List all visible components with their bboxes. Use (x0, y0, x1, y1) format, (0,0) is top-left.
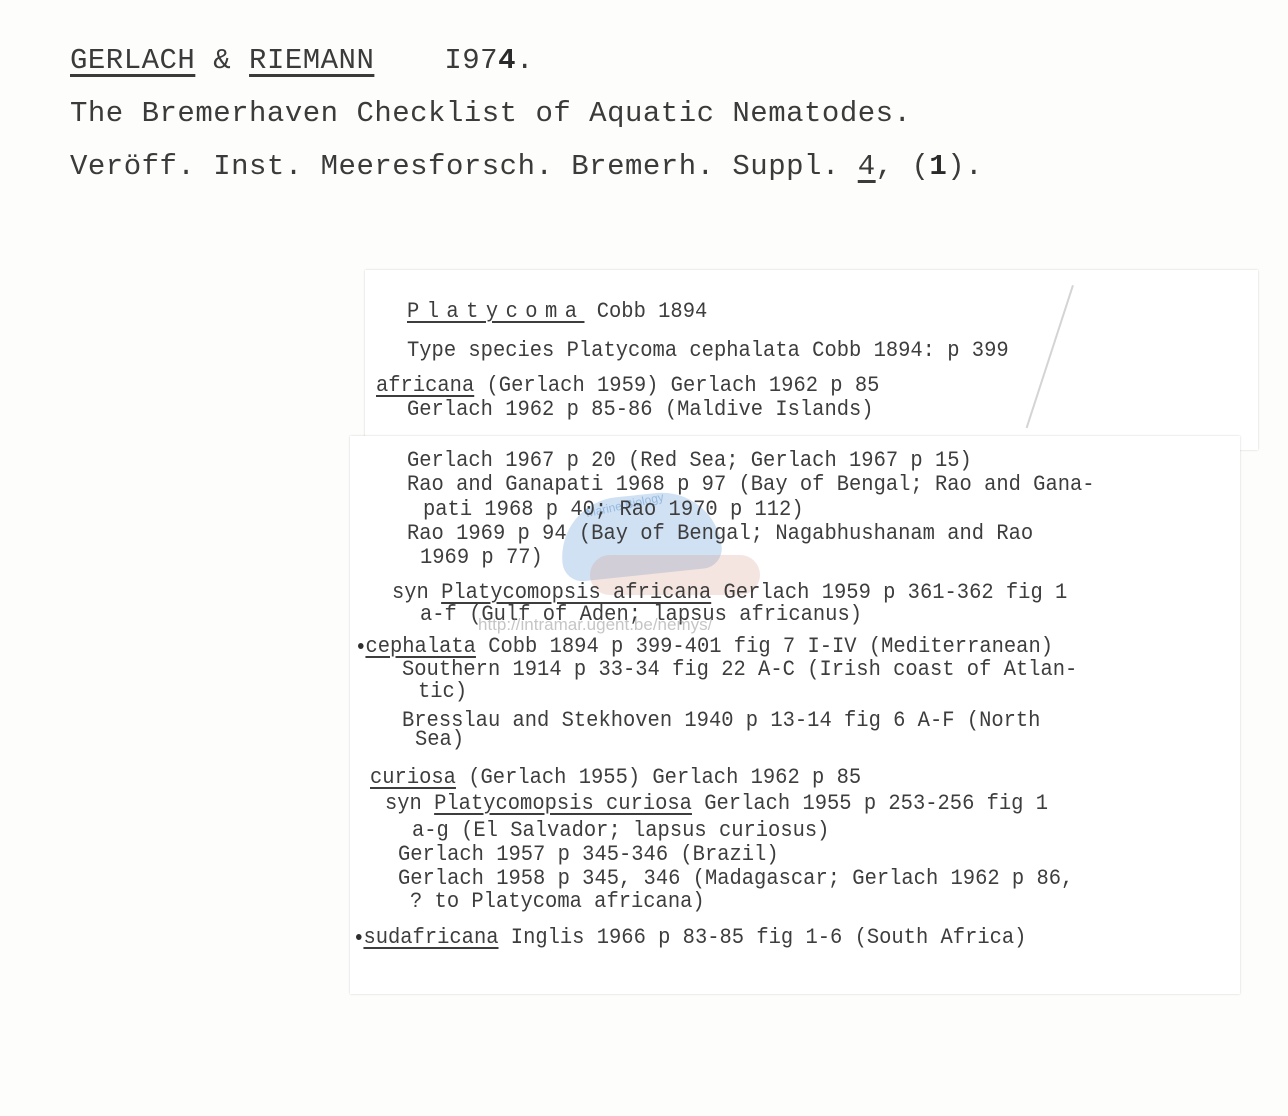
issue-handwritten-correction: 1 (929, 150, 947, 183)
reference-line: Sea) (415, 727, 464, 752)
citation-title: The Bremerhaven Checklist of Aquatic Nem… (70, 97, 911, 130)
citation-authors-line: GERLACH & RIEMANNI974. (70, 44, 534, 77)
reference-line: a-g (El Salvador; lapsus curiosus) (412, 818, 829, 843)
reference-line: Gerlach 1958 p 345, 346 (Madagascar; Ger… (398, 866, 1073, 891)
synonym-name: Platycomopsis curiosa (434, 791, 692, 816)
reference-line: Gerlach 1962 p 85-86 (Maldive Islands) (407, 397, 874, 422)
species-name: africana (376, 373, 474, 398)
supplement-number: 4 (858, 150, 876, 183)
reference-line: Southern 1914 p 33-34 fig 22 A-C (Irish … (402, 657, 1077, 682)
reference-line: Gerlach 1967 p 20 (Red Sea; Gerlach 1967… (407, 448, 972, 473)
year: I974. (444, 44, 534, 77)
species-cephalata: cephalata Cobb 1894 p 399-401 fig 7 I-IV… (358, 634, 1053, 659)
type-species: Type species Platycoma cephalata Cobb 18… (407, 338, 1009, 363)
reference-line: pati 1968 p 40; Rao 1970 p 112) (423, 497, 804, 522)
marker-dot-icon (358, 643, 364, 649)
reference-line: Bresslau and Stekhoven 1940 p 13-14 fig … (402, 708, 1040, 733)
genus-name: Platycoma (407, 299, 584, 324)
reference-line: ? to Platycoma africana) (410, 889, 705, 914)
genus-heading: Platycoma Cobb 1894 (407, 299, 707, 324)
species-africana: africana (Gerlach 1959) Gerlach 1962 p 8… (376, 373, 879, 398)
marker-dot-icon (356, 934, 362, 940)
reference-line: Rao 1969 p 94 (Bay of Bengal; Nagabhusha… (407, 521, 1033, 546)
ampersand: & (213, 44, 231, 77)
species-sudafricana: sudafricana Inglis 1966 p 83-85 fig 1-6 … (356, 925, 1026, 950)
species-name: sudafricana (363, 925, 498, 950)
year-handwritten-correction: 4 (498, 44, 516, 77)
author-1: GERLACH (70, 44, 195, 77)
synonym-line: syn Platycomopsis curiosa Gerlach 1955 p… (385, 791, 1048, 816)
genus-author: Cobb 1894 (597, 299, 708, 324)
reference-line: Gerlach 1957 p 345-346 (Brazil) (398, 842, 779, 867)
species-name: curiosa (370, 765, 456, 790)
reference-line: tic) (418, 679, 467, 704)
reference-line: 1969 p 77) (420, 545, 543, 570)
species-curiosa: curiosa (Gerlach 1955) Gerlach 1962 p 85 (370, 765, 861, 790)
species-name: cephalata (365, 634, 476, 659)
author-2: RIEMANN (249, 44, 374, 77)
citation-journal: Veröff. Inst. Meeresforsch. Bremerh. Sup… (70, 150, 983, 183)
reference-line: Rao and Ganapati 1968 p 97 (Bay of Benga… (407, 472, 1095, 497)
watermark-url: http://intramar.ugent.be/nemys/ (478, 615, 712, 635)
